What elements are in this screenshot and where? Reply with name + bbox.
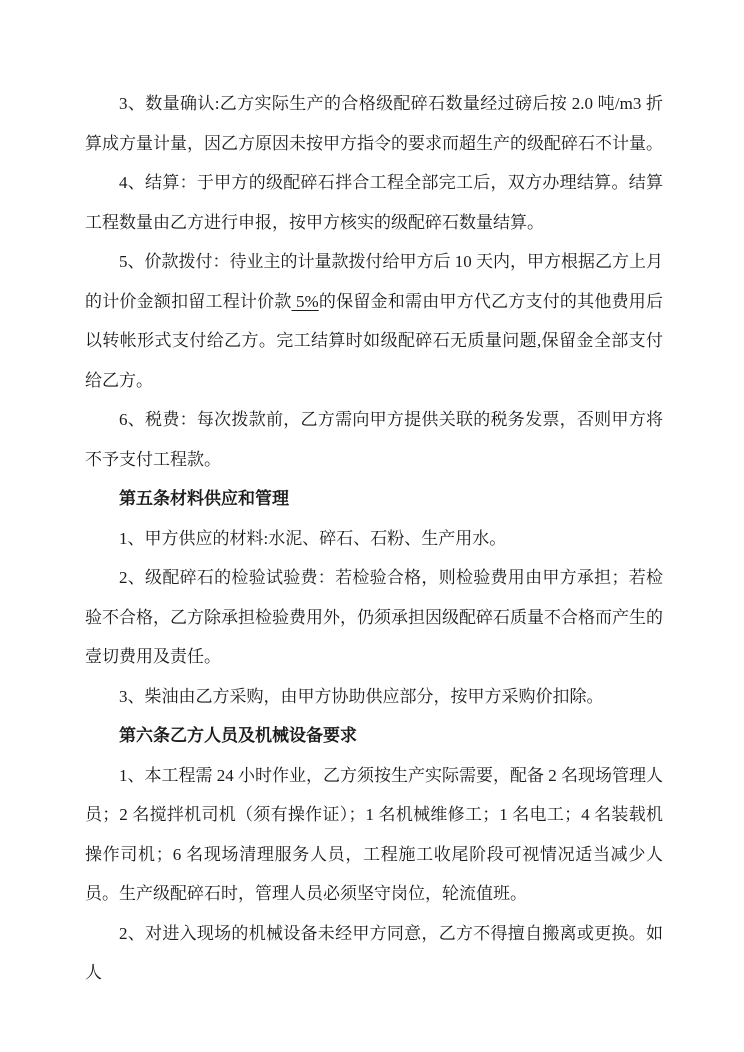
contract-document-page: 3、数量确认:乙方实际生产的合格级配碎石数量经过磅后按 2.0 吨/m3 折算成… [0, 0, 744, 1052]
paragraph-equipment-removal: 2、对进入现场的机械设备未经甲方同意，乙方不得擅自搬离或更换。如人 [85, 914, 663, 993]
paragraph-inspection-fees: 2、级配碎石的检验试验费：若检验合格，则检验费用由甲方承担；若检验不合格，乙方除… [85, 558, 663, 677]
paragraph-quantity-confirmation: 3、数量确认:乙方实际生产的合格级配碎石数量经过磅后按 2.0 吨/m3 折算成… [85, 84, 663, 163]
paragraph-diesel-procurement: 3、柴油由乙方采购，由甲方协助供应部分，按甲方采购价扣除。 [85, 677, 663, 717]
paragraph-materials-supplied: 1、甲方供应的材料:水泥、碎石、石粉、生产用水。 [85, 519, 663, 559]
paragraph-staffing-requirements: 1、本工程需 24 小时作业，乙方须按生产实际需要，配备 2 名现场管理人员；2… [85, 756, 663, 914]
section-heading-article-5: 第五条材料供应和管理 [85, 479, 663, 519]
retention-percentage-underlined: 5% [292, 292, 319, 311]
paragraph-payment-terms: 5、价款拨付：待业主的计量款拨付给甲方后 10 天内，甲方根据乙方上月的计价金额… [85, 242, 663, 400]
section-heading-article-6: 第六条乙方人员及机械设备要求 [85, 716, 663, 756]
paragraph-settlement: 4、结算：于甲方的级配碎石拌合工程全部完工后，双方办理结算。结算工程数量由乙方进… [85, 163, 663, 242]
paragraph-taxes: 6、税费：每次拨款前，乙方需向甲方提供关联的税务发票，否则甲方将不予支付工程款。 [85, 400, 663, 479]
